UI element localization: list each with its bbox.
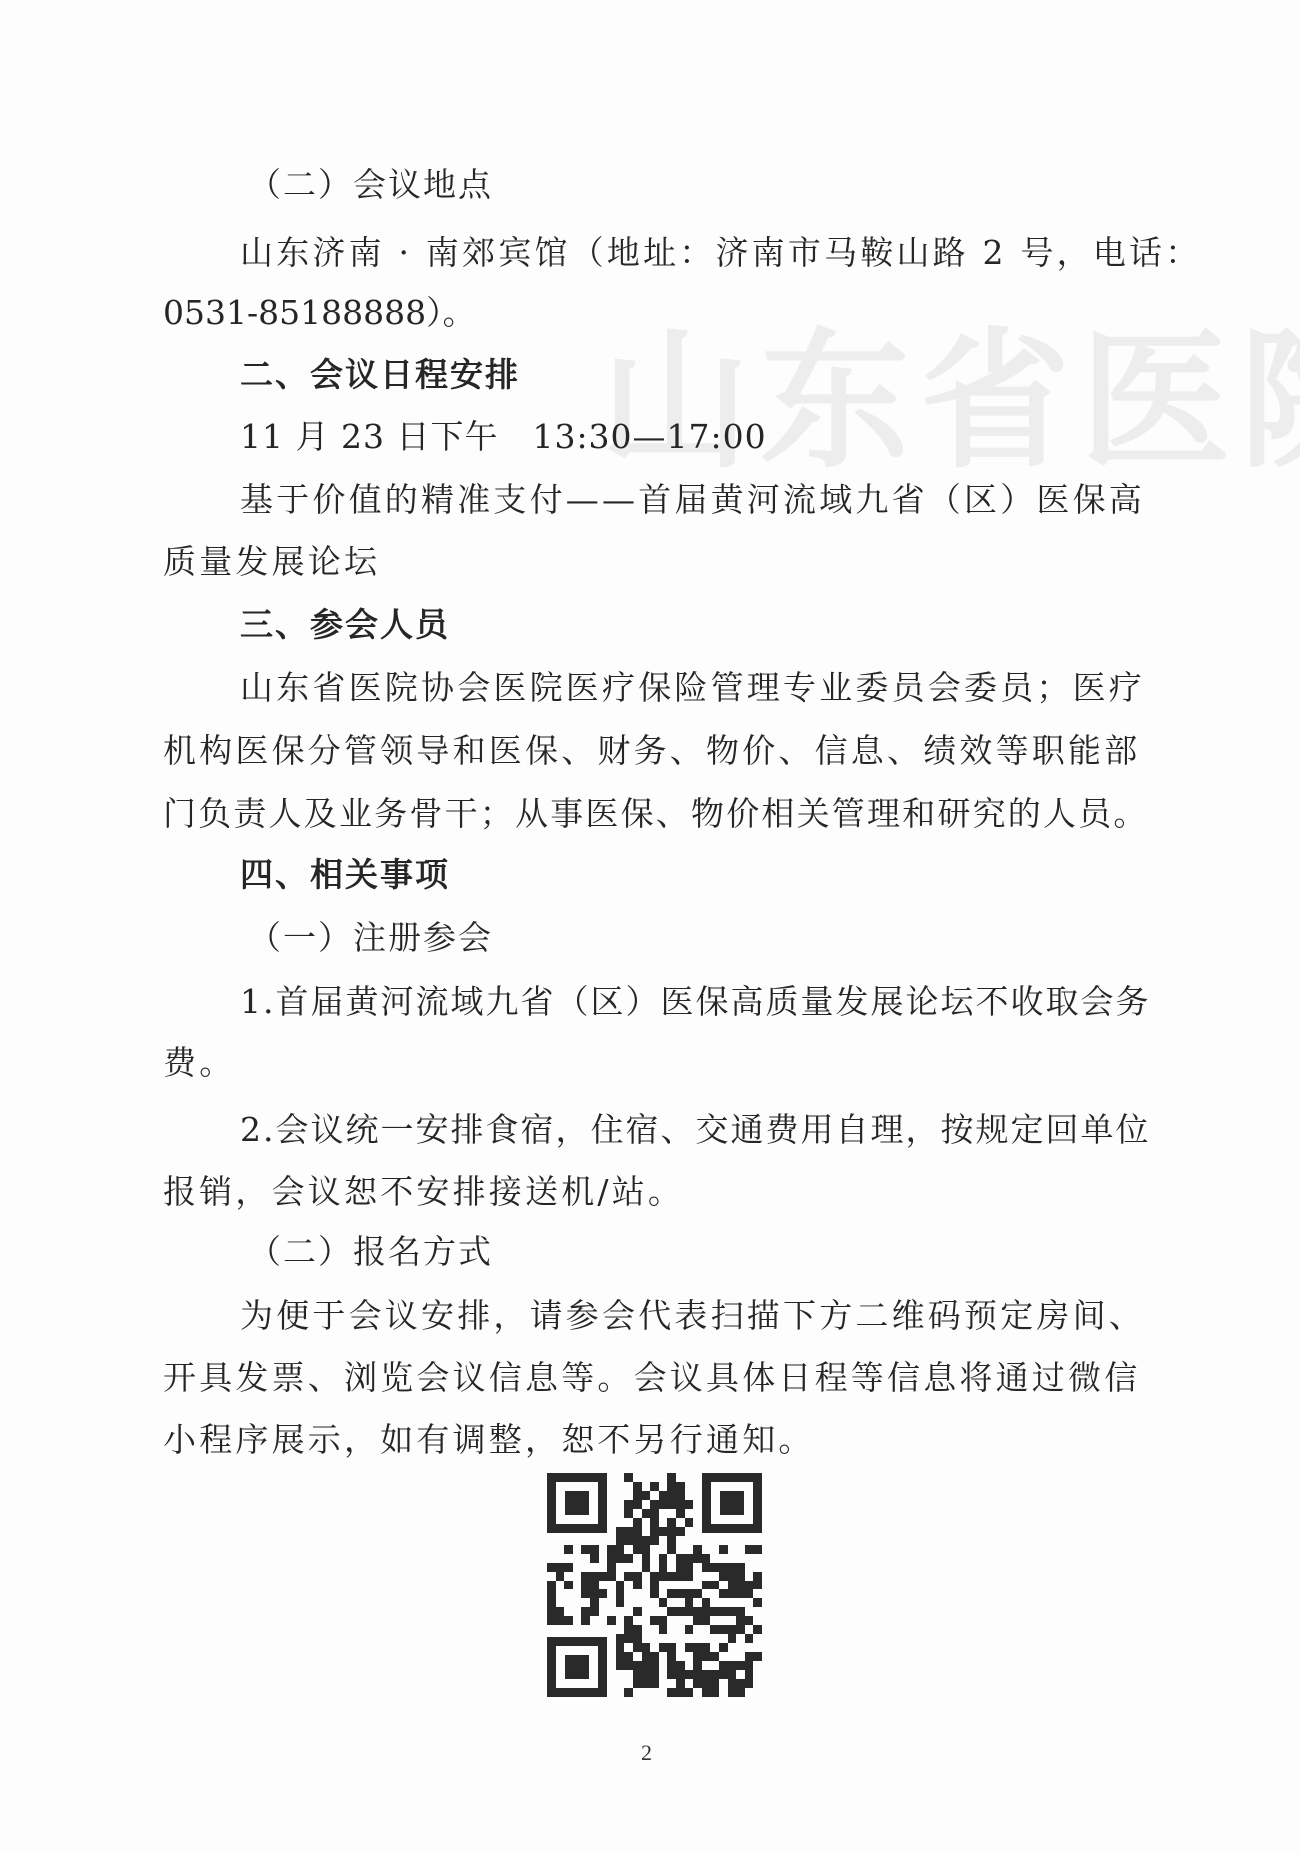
heading-schedule: 二、会议日程安排: [240, 353, 520, 397]
subheading-signup: （二）报名方式: [248, 1230, 493, 1274]
signup-line-1: 为便于会议安排，请参会代表扫描下方二维码预定房间、: [240, 1294, 1145, 1338]
heading-related-matters: 四、相关事项: [240, 853, 450, 897]
venue-text-line-1: 山东济南 · 南郊宾馆（地址：济南市马鞍山路 2 号，电话：: [240, 231, 1201, 275]
item-2-line-1: 2.会议统一安排食宿，住宿、交通费用自理，按规定回单位: [240, 1108, 1151, 1152]
signup-line-2: 开具发票、浏览会议信息等。会议具体日程等信息将通过微信: [163, 1356, 1140, 1400]
forum-title-line-2: 质量发展论坛: [163, 540, 380, 584]
attendees-line-1: 山东省医院协会医院医疗保险管理专业委员会委员；医疗: [240, 666, 1145, 710]
schedule-time: 11 月 23 日下午 13:30—17:00: [240, 415, 767, 459]
item-1-line-2: 费。: [163, 1041, 235, 1085]
heading-attendees: 三、参会人员: [240, 603, 450, 647]
item-1-line-1: 1.首届黄河流域九省（区）医保高质量发展论坛不收取会务: [240, 980, 1151, 1024]
page-number: 2: [641, 1740, 652, 1766]
subheading-venue: （二）会议地点: [248, 163, 493, 207]
item-2-line-2: 报销，会议恕不安排接送机/站。: [163, 1170, 684, 1214]
qr-finder-top-left: [547, 1473, 607, 1533]
signup-line-3: 小程序展示，如有调整，恕不另行通知。: [163, 1418, 815, 1462]
qr-finder-top-right: [702, 1473, 762, 1533]
watermark-text: 山东省医院协会: [600, 280, 1300, 496]
qr-finder-bottom-left: [547, 1637, 607, 1697]
venue-text-line-2: 0531-85188888）。: [163, 291, 476, 335]
attendees-line-2: 机构医保分管领导和医保、财务、物价、信息、绩效等职能部: [163, 729, 1140, 773]
subheading-register: （一）注册参会: [248, 916, 493, 960]
attendees-line-3: 门负责人及业务骨干；从事医保、物价相关管理和研究的人员。: [163, 792, 1149, 836]
forum-title-line-1: 基于价值的精准支付——首届黄河流域九省（区）医保高: [240, 478, 1145, 522]
